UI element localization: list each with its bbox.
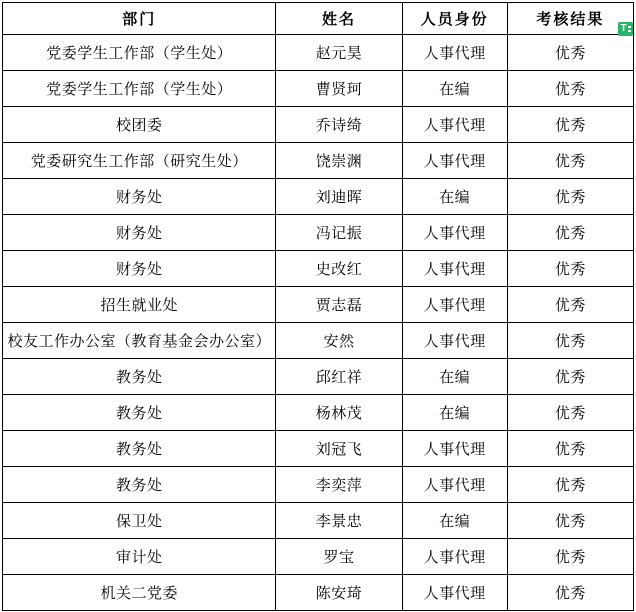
cell-name: 安然 (276, 323, 402, 359)
cell-identity: 人事代理 (402, 143, 507, 179)
cell-result: 优秀 (507, 467, 633, 503)
cell-department: 保卫处 (3, 503, 276, 539)
cell-name: 曹贤珂 (276, 71, 402, 107)
cell-department: 校团委 (3, 107, 276, 143)
cell-department: 财务处 (3, 215, 276, 251)
cell-result: 优秀 (507, 179, 633, 215)
cell-identity: 人事代理 (402, 575, 507, 611)
table-row: 校团委乔诗绮人事代理优秀 (3, 107, 634, 143)
translate-icon-letter: T (620, 24, 626, 34)
column-header-name: 姓名 (276, 3, 402, 35)
cell-name: 罗宝 (276, 539, 402, 575)
cell-identity: 在编 (402, 359, 507, 395)
column-header-department: 部门 (3, 3, 276, 35)
cell-name: 邱红祥 (276, 359, 402, 395)
cell-department: 教务处 (3, 431, 276, 467)
table-row: 党委学生工作部（学生处）曹贤珂在编优秀 (3, 71, 634, 107)
cell-department: 党委学生工作部（学生处） (3, 71, 276, 107)
table-row: 教务处邱红祥在编优秀 (3, 359, 634, 395)
cell-name: 贾志磊 (276, 287, 402, 323)
cell-department: 审计处 (3, 539, 276, 575)
cell-identity: 人事代理 (402, 539, 507, 575)
table-row: 教务处杨林茂在编优秀 (3, 395, 634, 431)
column-header-identity: 人员身份 (402, 3, 507, 35)
cell-name: 冯记振 (276, 215, 402, 251)
translate-icon-lines (628, 26, 631, 32)
cell-result: 优秀 (507, 539, 633, 575)
cell-identity: 人事代理 (402, 107, 507, 143)
cell-name: 赵元昊 (276, 35, 402, 71)
cell-name: 刘冠飞 (276, 431, 402, 467)
cell-result: 优秀 (507, 323, 633, 359)
table-row: 党委学生工作部（学生处）赵元昊人事代理优秀 (3, 35, 634, 71)
cell-name: 杨林茂 (276, 395, 402, 431)
table-row: 机关二党委陈安琦人事代理优秀 (3, 575, 634, 611)
assessment-table: 部门姓名人员身份考核结果 党委学生工作部（学生处）赵元昊人事代理优秀党委学生工作… (2, 2, 634, 611)
cell-department: 财务处 (3, 179, 276, 215)
table-row: 财务处冯记振人事代理优秀 (3, 215, 634, 251)
table-row: 审计处罗宝人事代理优秀 (3, 539, 634, 575)
column-header-result: 考核结果 (507, 3, 633, 35)
cell-name: 陈安琦 (276, 575, 402, 611)
cell-department: 教务处 (3, 395, 276, 431)
table-row: 招生就业处贾志磊人事代理优秀 (3, 287, 634, 323)
cell-department: 教务处 (3, 359, 276, 395)
table-row: 财务处刘迪晖在编优秀 (3, 179, 634, 215)
cell-identity: 在编 (402, 179, 507, 215)
page: 部门姓名人员身份考核结果 党委学生工作部（学生处）赵元昊人事代理优秀党委学生工作… (0, 0, 636, 612)
cell-identity: 人事代理 (402, 215, 507, 251)
table-row: 党委研究生工作部（研究生处）饶崇渊人事代理优秀 (3, 143, 634, 179)
cell-identity: 人事代理 (402, 287, 507, 323)
cell-name: 饶崇渊 (276, 143, 402, 179)
cell-result: 优秀 (507, 395, 633, 431)
header-row: 部门姓名人员身份考核结果 (3, 3, 634, 35)
cell-result: 优秀 (507, 107, 633, 143)
cell-department: 党委研究生工作部（研究生处） (3, 143, 276, 179)
cell-identity: 在编 (402, 71, 507, 107)
cell-identity: 人事代理 (402, 431, 507, 467)
cell-identity: 人事代理 (402, 35, 507, 71)
cell-result: 优秀 (507, 143, 633, 179)
table-row: 教务处刘冠飞人事代理优秀 (3, 431, 634, 467)
cell-department: 机关二党委 (3, 575, 276, 611)
cell-department: 招生就业处 (3, 287, 276, 323)
cell-result: 优秀 (507, 503, 633, 539)
cell-result: 优秀 (507, 287, 633, 323)
cell-name: 李景忠 (276, 503, 402, 539)
translate-icon[interactable]: T (618, 22, 633, 36)
cell-identity: 在编 (402, 503, 507, 539)
cell-name: 史改红 (276, 251, 402, 287)
cell-name: 刘迪晖 (276, 179, 402, 215)
cell-identity: 在编 (402, 395, 507, 431)
cell-identity: 人事代理 (402, 323, 507, 359)
cell-result: 优秀 (507, 431, 633, 467)
table-row: 教务处李奕萍人事代理优秀 (3, 467, 634, 503)
table-row: 财务处史改红人事代理优秀 (3, 251, 634, 287)
cell-result: 优秀 (507, 35, 633, 71)
cell-department: 党委学生工作部（学生处） (3, 35, 276, 71)
cell-result: 优秀 (507, 71, 633, 107)
cell-result: 优秀 (507, 359, 633, 395)
table-row: 保卫处李景忠在编优秀 (3, 503, 634, 539)
cell-result: 优秀 (507, 251, 633, 287)
cell-identity: 人事代理 (402, 251, 507, 287)
cell-department: 教务处 (3, 467, 276, 503)
cell-name: 李奕萍 (276, 467, 402, 503)
cell-identity: 人事代理 (402, 467, 507, 503)
cell-department: 财务处 (3, 251, 276, 287)
cell-result: 优秀 (507, 215, 633, 251)
cell-result: 优秀 (507, 575, 633, 611)
cell-name: 乔诗绮 (276, 107, 402, 143)
cell-department: 校友工作办公室（教育基金会办公室） (3, 323, 276, 359)
table-row: 校友工作办公室（教育基金会办公室）安然人事代理优秀 (3, 323, 634, 359)
